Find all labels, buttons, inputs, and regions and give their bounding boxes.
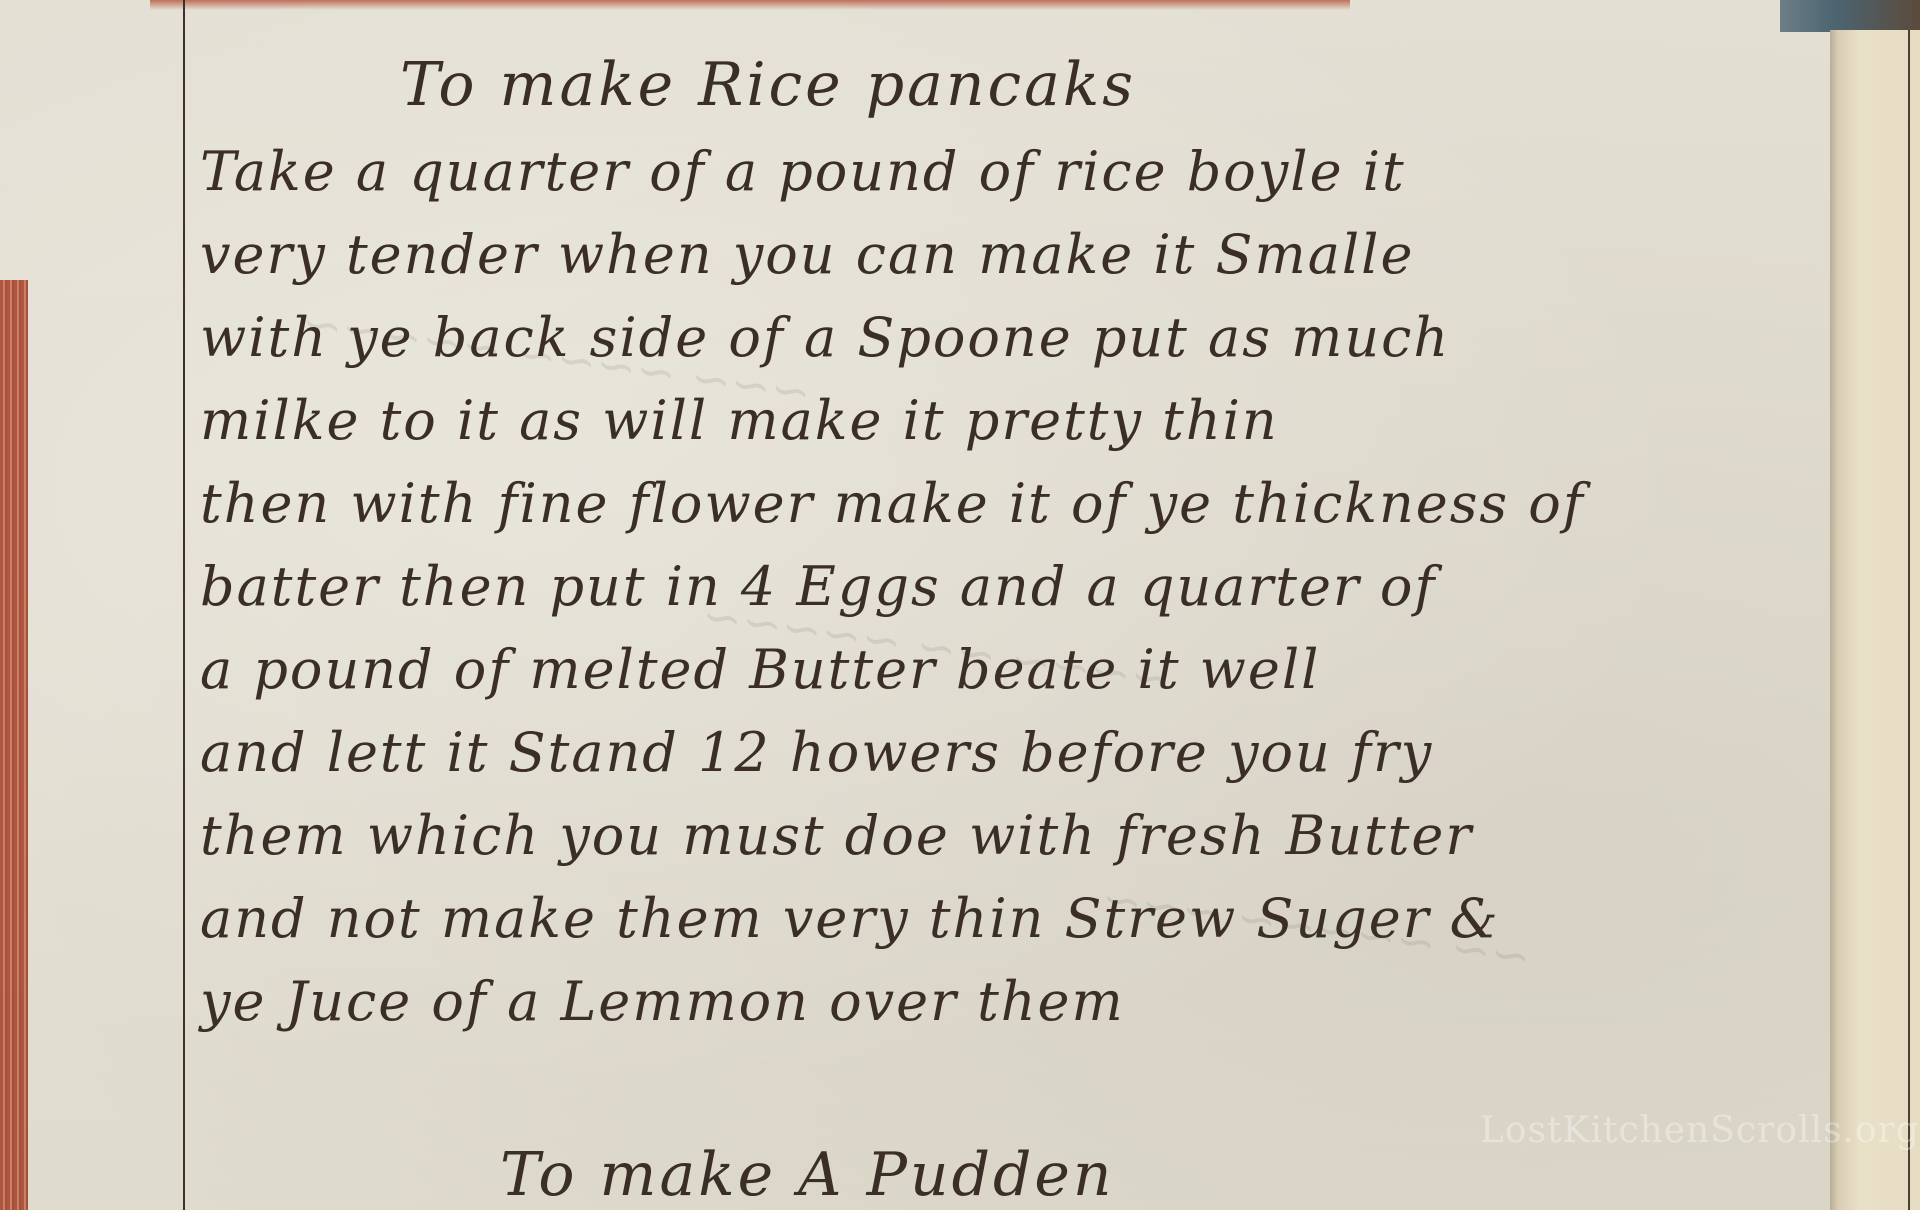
- recipe-line: milke to it as will make it pretty thin: [200, 379, 1820, 462]
- margin-rule-line: [183, 0, 185, 1210]
- gilt-left-edge: [0, 280, 28, 1210]
- watermark: LostKitchenScrolls.org: [1480, 1110, 1920, 1151]
- recipe-text-block: To make Rice pancaks Take a quarter of a…: [200, 40, 1820, 1043]
- recipe-line: Take a quarter of a pound of rice boyle …: [200, 130, 1820, 213]
- book-cover-edge: [1780, 0, 1920, 32]
- recipe-line: very tender when you can make it Smalle: [200, 213, 1820, 296]
- recipe-line: them which you must doe with fresh Butte…: [200, 794, 1820, 877]
- next-recipe-title: To make A Pudden: [500, 1140, 1115, 1210]
- recipe-title: To make Rice pancaks: [400, 40, 1820, 130]
- gilt-top-edge: [150, 0, 1350, 10]
- recipe-line: ye Juce of a Lemmon over them: [200, 960, 1820, 1043]
- recipe-line: a pound of melted Butter beate it well: [200, 628, 1820, 711]
- recipe-line: then with fine flower make it of ye thic…: [200, 462, 1820, 545]
- recipe-line: with ye back side of a Spoone put as muc…: [200, 296, 1820, 379]
- recipe-line: and lett it Stand 12 howers before you f…: [200, 711, 1820, 794]
- facing-page-rule-line: [1908, 30, 1910, 1210]
- recipe-line: and not make them very thin Strew Suger …: [200, 877, 1820, 960]
- manuscript-page: ~~~ ~~~~ ~~~~~ ~~~~ ~~ ~~~~~ ~~ ~~~~~ ~~…: [0, 0, 1920, 1210]
- recipe-line: batter then put in 4 Eggs and a quarter …: [200, 545, 1820, 628]
- book-gutter: [1830, 30, 1920, 1210]
